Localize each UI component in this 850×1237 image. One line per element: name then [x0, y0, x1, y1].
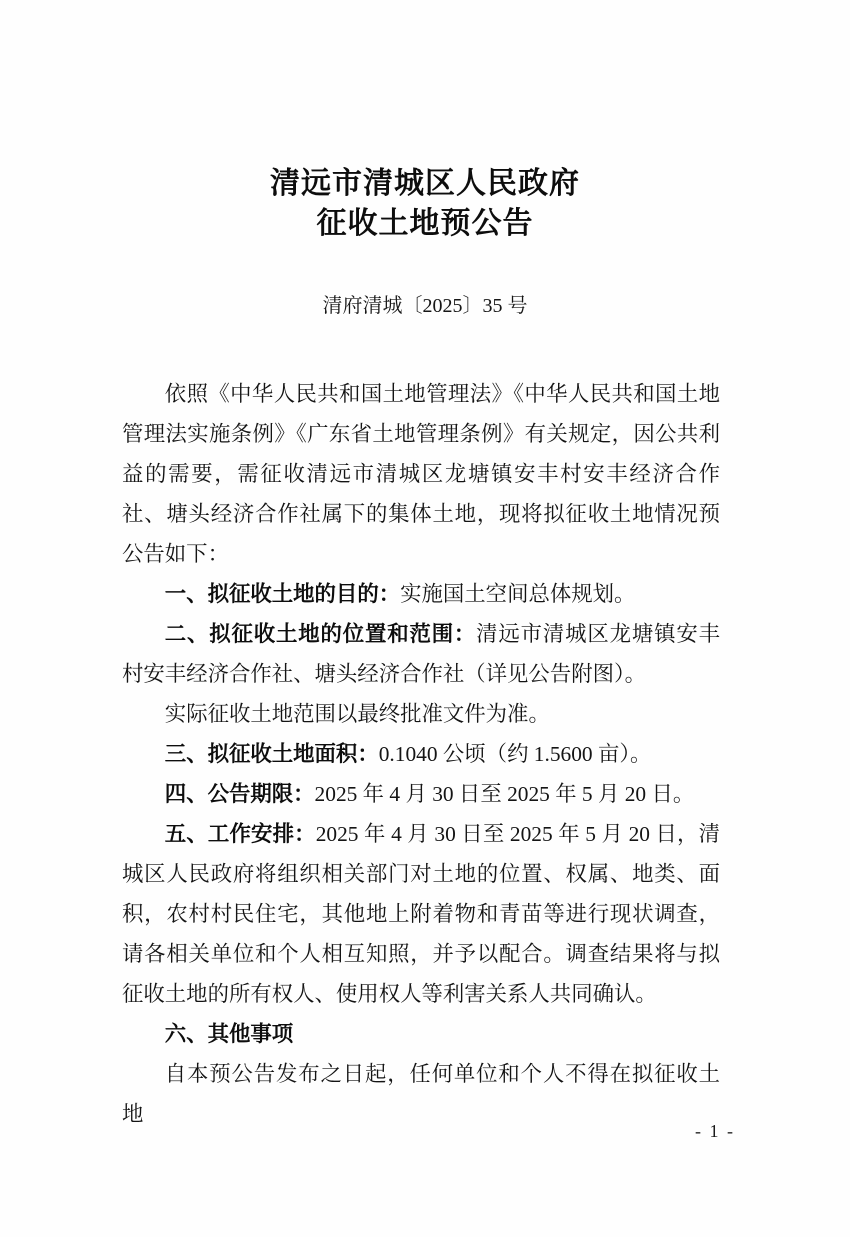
section-text: 自本预公告发布之日起，任何单位和个人不得在拟征收土地: [122, 1062, 720, 1126]
paragraph-prohibition: 自本预公告发布之日起，任何单位和个人不得在拟征收土地: [122, 1054, 720, 1134]
document-title: 清远市清城区人民政府 征收土地预公告: [0, 164, 850, 244]
section-6-other-matters: 六、其他事项: [122, 1014, 720, 1054]
section-3-area: 三、拟征收土地面积：0.1040 公顷（约 1.5600 亩）。: [122, 734, 720, 774]
document-body: 依照《中华人民共和国土地管理法》《中华人民共和国土地管理法实施条例》《广东省土地…: [122, 374, 720, 1134]
section-text: 2025 年 4 月 30 日至 2025 年 5 月 20 日，清城区人民政府…: [122, 822, 720, 1006]
paragraph-intro: 依照《中华人民共和国土地管理法》《中华人民共和国土地管理法实施条例》《广东省土地…: [122, 374, 720, 574]
section-4-notice-period: 四、公告期限：2025 年 4 月 30 日至 2025 年 5 月 20 日。: [122, 774, 720, 814]
section-heading-lead: 二、拟征收土地的位置和范围：: [165, 622, 476, 646]
section-text: 依照《中华人民共和国土地管理法》《中华人民共和国土地管理法实施条例》《广东省土地…: [122, 382, 720, 566]
section-text: 实际征收土地范围以最终批准文件为准。: [165, 702, 550, 726]
document-page: 清远市清城区人民政府 征收土地预公告 清府清城〔2025〕35 号 依照《中华人…: [0, 0, 850, 1237]
section-1-purpose: 一、拟征收土地的目的：实施国土空间总体规划。: [122, 574, 720, 614]
section-heading-lead: 五、工作安排：: [165, 822, 316, 846]
section-heading-lead: 三、拟征收土地面积：: [165, 742, 379, 766]
title-line-1: 清远市清城区人民政府: [0, 164, 850, 204]
document-number: 清府清城〔2025〕35 号: [0, 292, 850, 320]
section-heading-lead: 六、其他事项: [165, 1022, 293, 1046]
section-text: 实施国土空间总体规划。: [400, 582, 635, 606]
section-heading-lead: 一、拟征收土地的目的：: [165, 582, 400, 606]
section-text: 0.1040 公顷（约 1.5600 亩）。: [379, 742, 652, 766]
section-heading-lead: 四、公告期限：: [165, 782, 315, 806]
section-5-work-plan: 五、工作安排：2025 年 4 月 30 日至 2025 年 5 月 20 日，…: [122, 814, 720, 1014]
title-line-2: 征收土地预公告: [0, 204, 850, 244]
section-text: 2025 年 4 月 30 日至 2025 年 5 月 20 日。: [315, 782, 695, 806]
section-2-location: 二、拟征收土地的位置和范围：清远市清城区龙塘镇安丰村安丰经济合作社、塘头经济合作…: [122, 614, 720, 694]
paragraph-scope-note: 实际征收土地范围以最终批准文件为准。: [122, 694, 720, 734]
page-number: - 1 -: [695, 1120, 735, 1142]
